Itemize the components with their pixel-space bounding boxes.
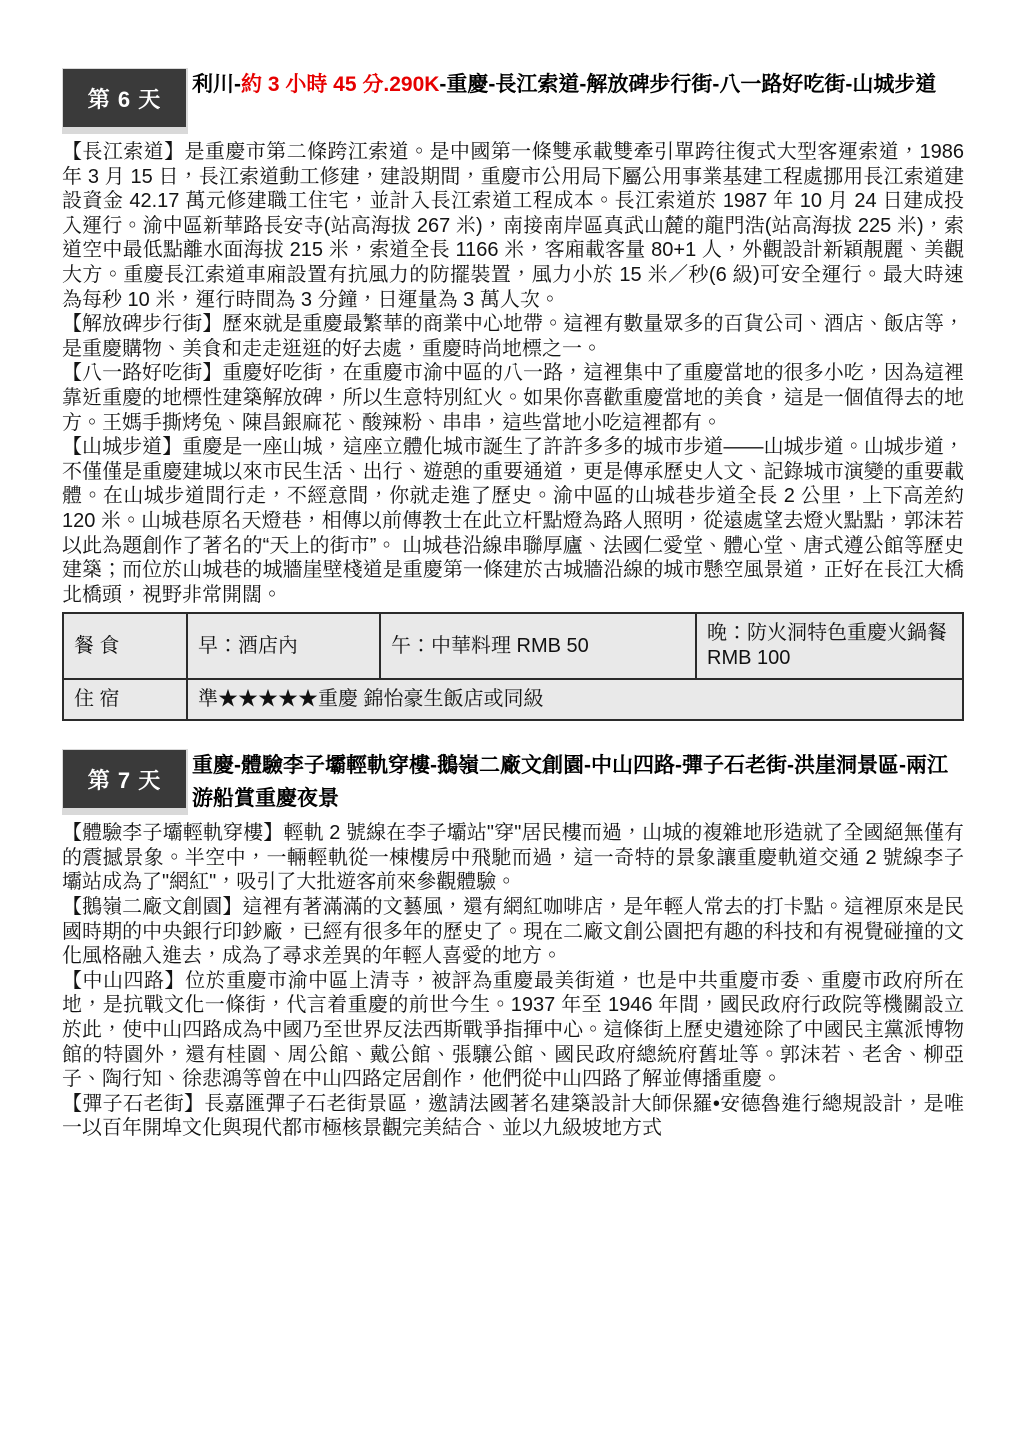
day7-description: 【體驗李子壩輕軌穿樓】輕軌 2 號線在李子壩站"穿"居民樓而過，山城的複雜地形造… xyxy=(62,821,964,1141)
day6-header: 第 6 天 利川-約 3 小時 45 分.290K-重慶-長江索道-解放碑步行街… xyxy=(62,68,964,134)
paragraph-changjiang-cableway: 【長江索道】是重慶市第二條跨江索道。是中國第一條雙承載雙牽引單跨往復式大型客運索… xyxy=(62,140,964,312)
day6-label: 第 6 天 xyxy=(63,69,186,127)
paragraph-eling-erchang-park: 【鵝嶺二廠文創園】這裡有著滿滿的文藝風，還有網紅咖啡店，是年輕人常去的打卡點。這… xyxy=(62,895,964,969)
day6-title-duration-highlight: 約 3 小時 45 分.290K xyxy=(241,73,439,96)
section-divider-space xyxy=(62,721,964,749)
day6-title: 利川-約 3 小時 45 分.290K-重慶-長江索道-解放碑步行街-八一路好吃… xyxy=(188,68,964,134)
paragraph-bayilu-food-street: 【八一路好吃街】重慶好吃街，在重慶市渝中區的八一路，這裡集中了重慶當地的很多小吃… xyxy=(62,361,964,435)
day6-section: 第 6 天 利川-約 3 小時 45 分.290K-重慶-長江索道-解放碑步行街… xyxy=(62,68,964,721)
hotel-cell: 準★★★★★重慶 錦怡豪生飯店或同級 xyxy=(187,679,963,720)
day7-label-cell: 第 7 天 xyxy=(62,749,188,815)
day6-title-post: -重慶-長江索道-解放碑步行街-八一路好吃街-山城步道 xyxy=(439,73,936,96)
paragraph-zhongshan-4th-road: 【中山四路】位於重慶市渝中區上清寺，被評為重慶最美街道，也是中共重慶市委、重慶市… xyxy=(62,969,964,1092)
paragraph-shancheng-footpath: 【山城步道】重慶是一座山城，這座立體化城市誕生了許許多多的城市步道——山城步道。… xyxy=(62,435,964,607)
breakfast-cell: 早：酒店內 xyxy=(187,613,380,679)
day6-label-cell: 第 6 天 xyxy=(62,68,188,134)
meal-row: 餐 食 早：酒店內 午：中華料理 RMB 50 晚：防火洞特色重慶火鍋餐 RMB… xyxy=(63,613,963,679)
paragraph-liziba-monorail: 【體驗李子壩輕軌穿樓】輕軌 2 號線在李子壩站"穿"居民樓而過，山城的複雜地形造… xyxy=(62,821,964,895)
dinner-cell: 晚：防火洞特色重慶火鍋餐 RMB 100 xyxy=(696,613,963,679)
day7-header: 第 7 天 重慶-體驗李子壩輕軌穿樓-鵝嶺二廠文創園-中山四路-彈子石老街-洪崖… xyxy=(62,749,964,815)
day7-section: 第 7 天 重慶-體驗李子壩輕軌穿樓-鵝嶺二廠文創園-中山四路-彈子石老街-洪崖… xyxy=(62,749,964,1141)
day7-title: 重慶-體驗李子壩輕軌穿樓-鵝嶺二廠文創園-中山四路-彈子石老街-洪崖洞景區-兩江… xyxy=(188,749,964,815)
day6-description: 【長江索道】是重慶市第二條跨江索道。是中國第一條雙承載雙牽引單跨往復式大型客運索… xyxy=(62,140,964,607)
lunch-cell: 午：中華料理 RMB 50 xyxy=(380,613,696,679)
meal-label-cell: 餐 食 xyxy=(63,613,187,679)
stay-label-cell: 住 宿 xyxy=(63,679,187,720)
day6-meal-table: 餐 食 早：酒店內 午：中華料理 RMB 50 晚：防火洞特色重慶火鍋餐 RMB… xyxy=(62,612,964,721)
day7-label: 第 7 天 xyxy=(63,750,186,808)
day6-title-pre: 利川- xyxy=(192,73,241,96)
accommodation-row: 住 宿 準★★★★★重慶 錦怡豪生飯店或同級 xyxy=(63,679,963,720)
itinerary-page: 第 6 天 利川-約 3 小時 45 分.290K-重慶-長江索道-解放碑步行街… xyxy=(0,0,1024,1448)
paragraph-jiefangbei-street: 【解放碑步行街】歷來就是重慶最繁華的商業中心地帶。這裡有數量眾多的百貨公司、酒店… xyxy=(62,312,964,361)
paragraph-danzishi-old-street: 【彈子石老街】長嘉匯彈子石老街景區，邀請法國著名建築設計大師保羅•安德魯進行總規… xyxy=(62,1092,964,1141)
